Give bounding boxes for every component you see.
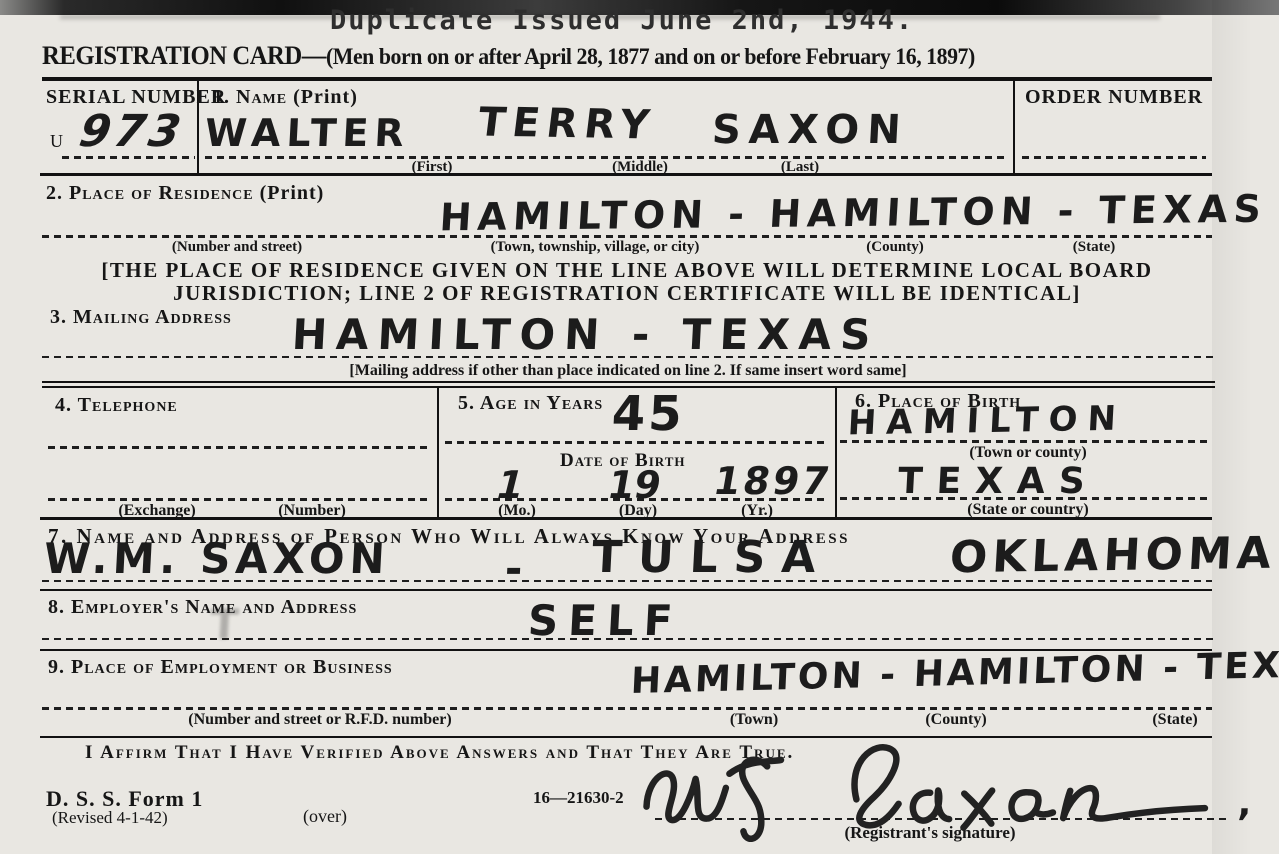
name-field-label: 1. Name (Print) <box>213 86 358 109</box>
employer-writing-line <box>42 638 1215 640</box>
caption-emp-town: (Town) <box>730 711 778 729</box>
birth-town-value: HAMILTON <box>847 402 1127 441</box>
dob-writing-line <box>445 498 828 501</box>
print-code: 16—21630-2 <box>533 788 624 808</box>
contact-writing-line <box>42 580 1212 582</box>
serial-prefix: U <box>50 131 63 152</box>
board-jurisdiction-note-line2: JURISDICTION; LINE 2 OF REGISTRATION CER… <box>42 281 1212 306</box>
signature-trailing-comma: , <box>1237 786 1253 822</box>
contact-dash: - <box>504 548 524 590</box>
name-middle-value: TERRY <box>476 102 659 145</box>
name-first-value: WALTER <box>204 114 411 152</box>
order-number-label: ORDER NUMBER <box>1025 86 1203 109</box>
header-rule <box>42 77 1212 81</box>
dob-year-value: 1897 <box>711 462 835 500</box>
employer-field-label: 8. Employer's Name and Address <box>48 596 357 619</box>
form-header: REGISTRATION CARD—(Men born on or after … <box>42 41 975 71</box>
employment-writing-line <box>42 707 1212 710</box>
divider-name-order <box>1013 79 1015 175</box>
caption-rfd-number: (Number and street or R.F.D. number) <box>188 711 451 729</box>
form-title: REGISTRATION CARD— <box>42 41 326 70</box>
double-rule-top <box>42 381 1215 383</box>
row7-bottom-rule <box>40 589 1212 591</box>
residence-writing-line <box>42 235 1212 238</box>
birth-state-value: TEXAS <box>897 464 1100 500</box>
name-writing-line <box>205 156 1008 159</box>
telephone-line2 <box>48 498 430 501</box>
employment-value: HAMILTON - HAMILTON - TEXAS <box>630 647 1279 700</box>
employment-field-label: 9. Place of Employment or Business <box>48 656 393 679</box>
contact-town-value: TULSA <box>591 536 833 580</box>
mailing-value: HAMILTON - TEXAS <box>291 314 881 356</box>
registrant-signature <box>616 722 1229 851</box>
caption-town-township: (Town, township, village, or city) <box>491 239 700 256</box>
age-writing-line <box>445 441 828 444</box>
divider-age-birth <box>835 388 837 519</box>
age-value: 45 <box>611 390 686 438</box>
caption-number-street: (Number and street) <box>172 239 302 256</box>
birth-town-line <box>840 440 1210 443</box>
contact-state-value: OKLAHOMA <box>949 532 1277 581</box>
order-writing-line <box>1022 156 1206 159</box>
name-last-value: SAXON <box>711 110 910 150</box>
divider-telephone-age <box>437 388 439 519</box>
eligibility-note: (Men born on or after April 28, 1877 and… <box>326 44 975 69</box>
birth-state-line <box>840 497 1210 500</box>
registration-card-scan: Duplicate Issued June 2nd, 1944. REGISTR… <box>0 0 1279 854</box>
duplicate-issued-annotation: Duplicate Issued June 2nd, 1944. <box>330 5 914 36</box>
mailing-writing-line <box>42 356 1215 358</box>
residence-value: HAMILTON - HAMILTON - TEXAS <box>439 190 1268 237</box>
caption-emp-county: (County) <box>925 711 986 729</box>
mailing-caption: [Mailing address if other than place ind… <box>349 362 906 380</box>
age-field-label: 5. Age in Years <box>458 392 603 415</box>
serial-writing-line <box>62 156 195 159</box>
employer-value: SELF <box>527 600 684 642</box>
caption-town-or-county: (Town or county) <box>969 444 1086 462</box>
row456-bottom-rule <box>40 517 1212 520</box>
residence-field-label: 2. Place of Residence (Print) <box>46 182 324 205</box>
telephone-line1 <box>48 446 430 449</box>
form-revision: (Revised 4-1-42) <box>52 808 168 828</box>
serial-number-value: 973 <box>76 110 188 154</box>
caption-county: (County) <box>866 239 924 256</box>
row1-bottom-rule <box>40 173 1212 176</box>
board-jurisdiction-note-line1: [THE PLACE OF RESIDENCE GIVEN ON THE LIN… <box>42 258 1212 283</box>
contact-name-value: W.M. SAXON <box>43 538 391 580</box>
mailing-field-label: 3. Mailing Address <box>50 306 232 329</box>
over-note: (over) <box>303 806 347 827</box>
telephone-field-label: 4. Telephone <box>55 394 178 417</box>
caption-state: (State) <box>1073 239 1115 256</box>
